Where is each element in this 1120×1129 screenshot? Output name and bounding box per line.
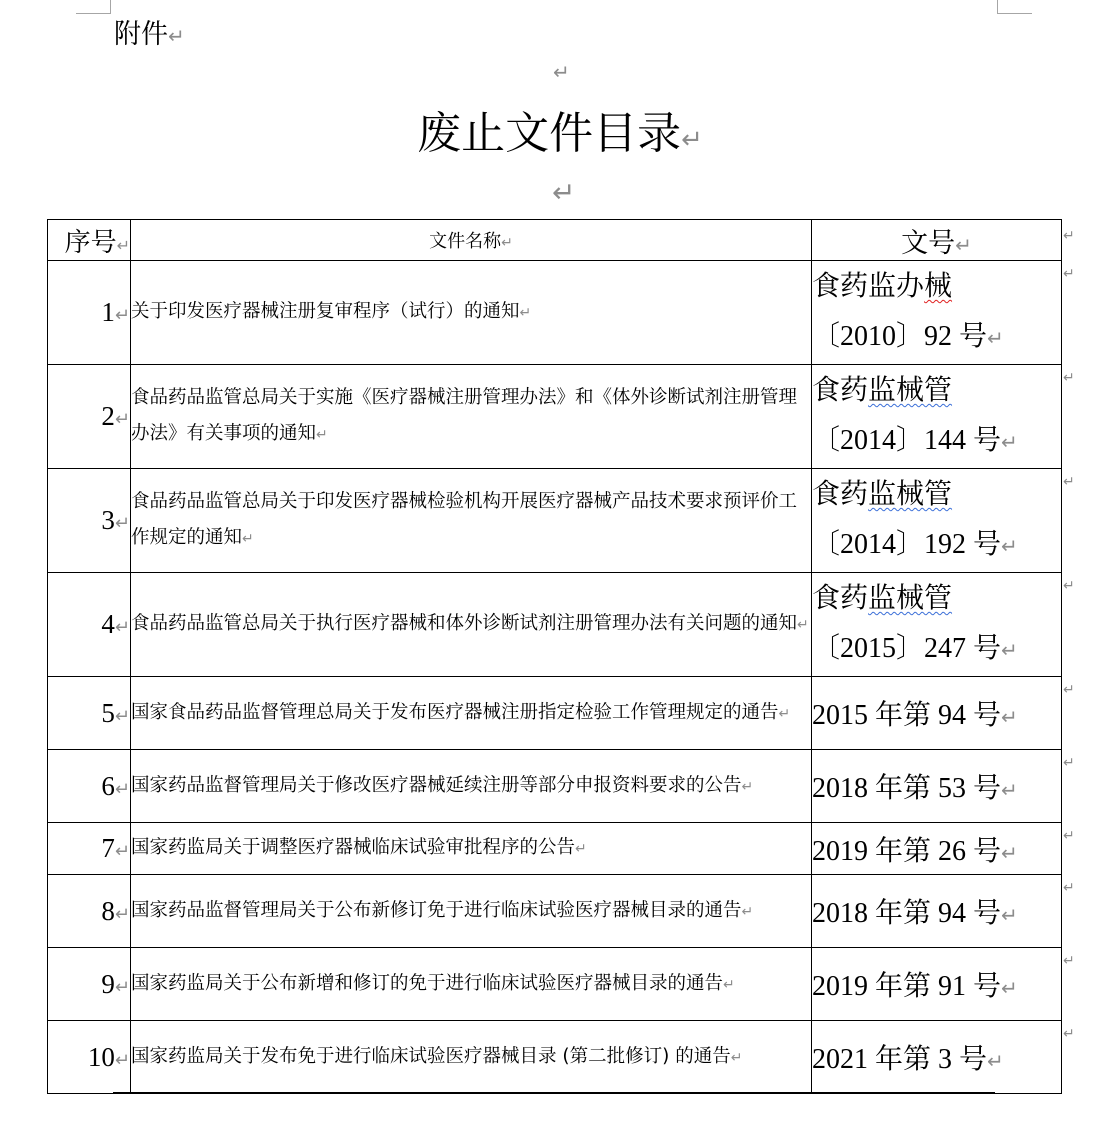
paragraph-mark-icon: ↵ bbox=[681, 125, 703, 155]
page-bottom-rule bbox=[113, 1092, 995, 1094]
row-number: 3↵ bbox=[48, 469, 131, 573]
end-of-row-mark-icon: ↵ bbox=[1063, 880, 1075, 896]
end-of-row-mark-icon: ↵ bbox=[1063, 953, 1075, 969]
table-row: 2↵ 食品药品监管总局关于实施《医疗器械注册管理办法》和《体外诊断试剂注册管理办… bbox=[48, 365, 1062, 469]
end-of-row-mark-icon: ↵ bbox=[1063, 474, 1075, 490]
row-number: 8↵ bbox=[48, 875, 131, 948]
document-name: 关于印发医疗器械注册复审程序（试行）的通知↵ bbox=[131, 261, 812, 365]
table-row: 6↵ 国家药品监督管理局关于修改医疗器械延续注册等部分申报资料要求的公告↵ 20… bbox=[48, 750, 1062, 823]
row-number: 2↵ bbox=[48, 365, 131, 469]
document-name: 国家食品药品监督管理总局关于发布医疗器械注册指定检验工作管理规定的通告↵ bbox=[131, 677, 812, 750]
table-row: 5↵ 国家食品药品监督管理总局关于发布医疗器械注册指定检验工作管理规定的通告↵ … bbox=[48, 677, 1062, 750]
table-header-row: 序号↵ 文件名称↵ 文号↵ bbox=[48, 220, 1062, 261]
document-code: 食药监办械 食药监办械 〔2010〕92 号↵ bbox=[812, 261, 1062, 365]
end-of-row-mark-icon: ↵ bbox=[1063, 266, 1075, 282]
table-row: 7↵ 国家药监局关于调整医疗器械临床试验审批程序的公告↵ 2019 年第 26 … bbox=[48, 823, 1062, 875]
document-code: 2019 年第 26 号↵ bbox=[812, 823, 1062, 875]
crop-mark-top-left bbox=[76, 0, 111, 14]
document-code: 2015 年第 94 号↵ bbox=[812, 677, 1062, 750]
document-name: 食品药品监管总局关于实施《医疗器械注册管理办法》和《体外诊断试剂注册管理办法》有… bbox=[131, 365, 812, 469]
column-header-doc-number: 文号↵ bbox=[812, 220, 1062, 261]
end-of-row-mark-icon: ↵ bbox=[1063, 682, 1075, 698]
document-name: 国家药品监督管理局关于修改医疗器械延续注册等部分申报资料要求的公告↵ bbox=[131, 750, 812, 823]
document-name: 国家药监局关于调整医疗器械临床试验审批程序的公告↵ bbox=[131, 823, 812, 875]
document-code: 食药监械管 〔2015〕247 号↵ bbox=[812, 573, 1062, 677]
column-header-number: 序号↵ bbox=[48, 220, 131, 261]
abolished-documents-table: 序号↵ 文件名称↵ 文号↵ 1↵ 关于印发医疗器械注册复审程序（试行）的通知↵ … bbox=[47, 219, 1062, 1094]
table-row: 10↵ 国家药监局关于发布免于进行临床试验医疗器械目录 (第二批修订) 的通告↵… bbox=[48, 1021, 1062, 1094]
end-of-row-mark-icon: ↵ bbox=[1063, 1026, 1075, 1042]
end-of-row-mark-icon: ↵ bbox=[1063, 228, 1075, 244]
document-code: 2018 年第 53 号↵ bbox=[812, 750, 1062, 823]
paragraph-mark-icon: ↵ bbox=[552, 176, 575, 209]
row-number: 4↵ bbox=[48, 573, 131, 677]
table-row: 4↵ 食品药品监管总局关于执行医疗器械和体外诊断试剂注册管理办法有关问题的通知↵… bbox=[48, 573, 1062, 677]
document-name: 国家药监局关于发布免于进行临床试验医疗器械目录 (第二批修订) 的通告↵ bbox=[131, 1021, 812, 1094]
end-of-row-mark-icon: ↵ bbox=[1063, 828, 1075, 844]
table-row: 3↵ 食品药品监管总局关于印发医疗器械检验机构开展医疗器械产品技术要求预评价工作… bbox=[48, 469, 1062, 573]
end-of-row-mark-icon: ↵ bbox=[1063, 578, 1075, 594]
document-name: 国家药监局关于公布新增和修订的免于进行临床试验医疗器械目录的通告↵ bbox=[131, 948, 812, 1021]
table-row: 9↵ 国家药监局关于公布新增和修订的免于进行临床试验医疗器械目录的通告↵ 201… bbox=[48, 948, 1062, 1021]
paragraph-mark-icon: ↵ bbox=[168, 24, 185, 48]
paragraph-mark-icon: ↵ bbox=[553, 60, 570, 84]
document-code: 2019 年第 91 号↵ bbox=[812, 948, 1062, 1021]
page-title: 废止文件目录↵ bbox=[0, 106, 1120, 168]
row-number: 10↵ bbox=[48, 1021, 131, 1094]
row-number: 9↵ bbox=[48, 948, 131, 1021]
document-name: 食品药品监管总局关于执行医疗器械和体外诊断试剂注册管理办法有关问题的通知↵ bbox=[131, 573, 812, 677]
attachment-label: 附件↵ bbox=[114, 18, 185, 53]
document-code: 食药监械管 〔2014〕144 号↵ bbox=[812, 365, 1062, 469]
row-number: 5↵ bbox=[48, 677, 131, 750]
document-code: 食药监械管 〔2014〕192 号↵ bbox=[812, 469, 1062, 573]
row-number: 7↵ bbox=[48, 823, 131, 875]
end-of-row-mark-icon: ↵ bbox=[1063, 755, 1075, 771]
crop-mark-top-right bbox=[997, 0, 1032, 14]
row-number: 1↵ bbox=[48, 261, 131, 365]
document-name: 食品药品监管总局关于印发医疗器械检验机构开展医疗器械产品技术要求预评价工作规定的… bbox=[131, 469, 812, 573]
document-code: 2021 年第 3 号↵ bbox=[812, 1021, 1062, 1094]
table-row: 1↵ 关于印发医疗器械注册复审程序（试行）的通知↵ 食药监办械 食药监办械 〔2… bbox=[48, 261, 1062, 365]
row-number: 6↵ bbox=[48, 750, 131, 823]
document-name: 国家药品监督管理局关于公布新修订免于进行临床试验医疗器械目录的通告↵ bbox=[131, 875, 812, 948]
document-code: 2018 年第 94 号↵ bbox=[812, 875, 1062, 948]
end-of-row-mark-icon: ↵ bbox=[1063, 370, 1075, 386]
column-header-name: 文件名称↵ bbox=[131, 220, 812, 261]
table-row: 8↵ 国家药品监督管理局关于公布新修订免于进行临床试验医疗器械目录的通告↵ 20… bbox=[48, 875, 1062, 948]
